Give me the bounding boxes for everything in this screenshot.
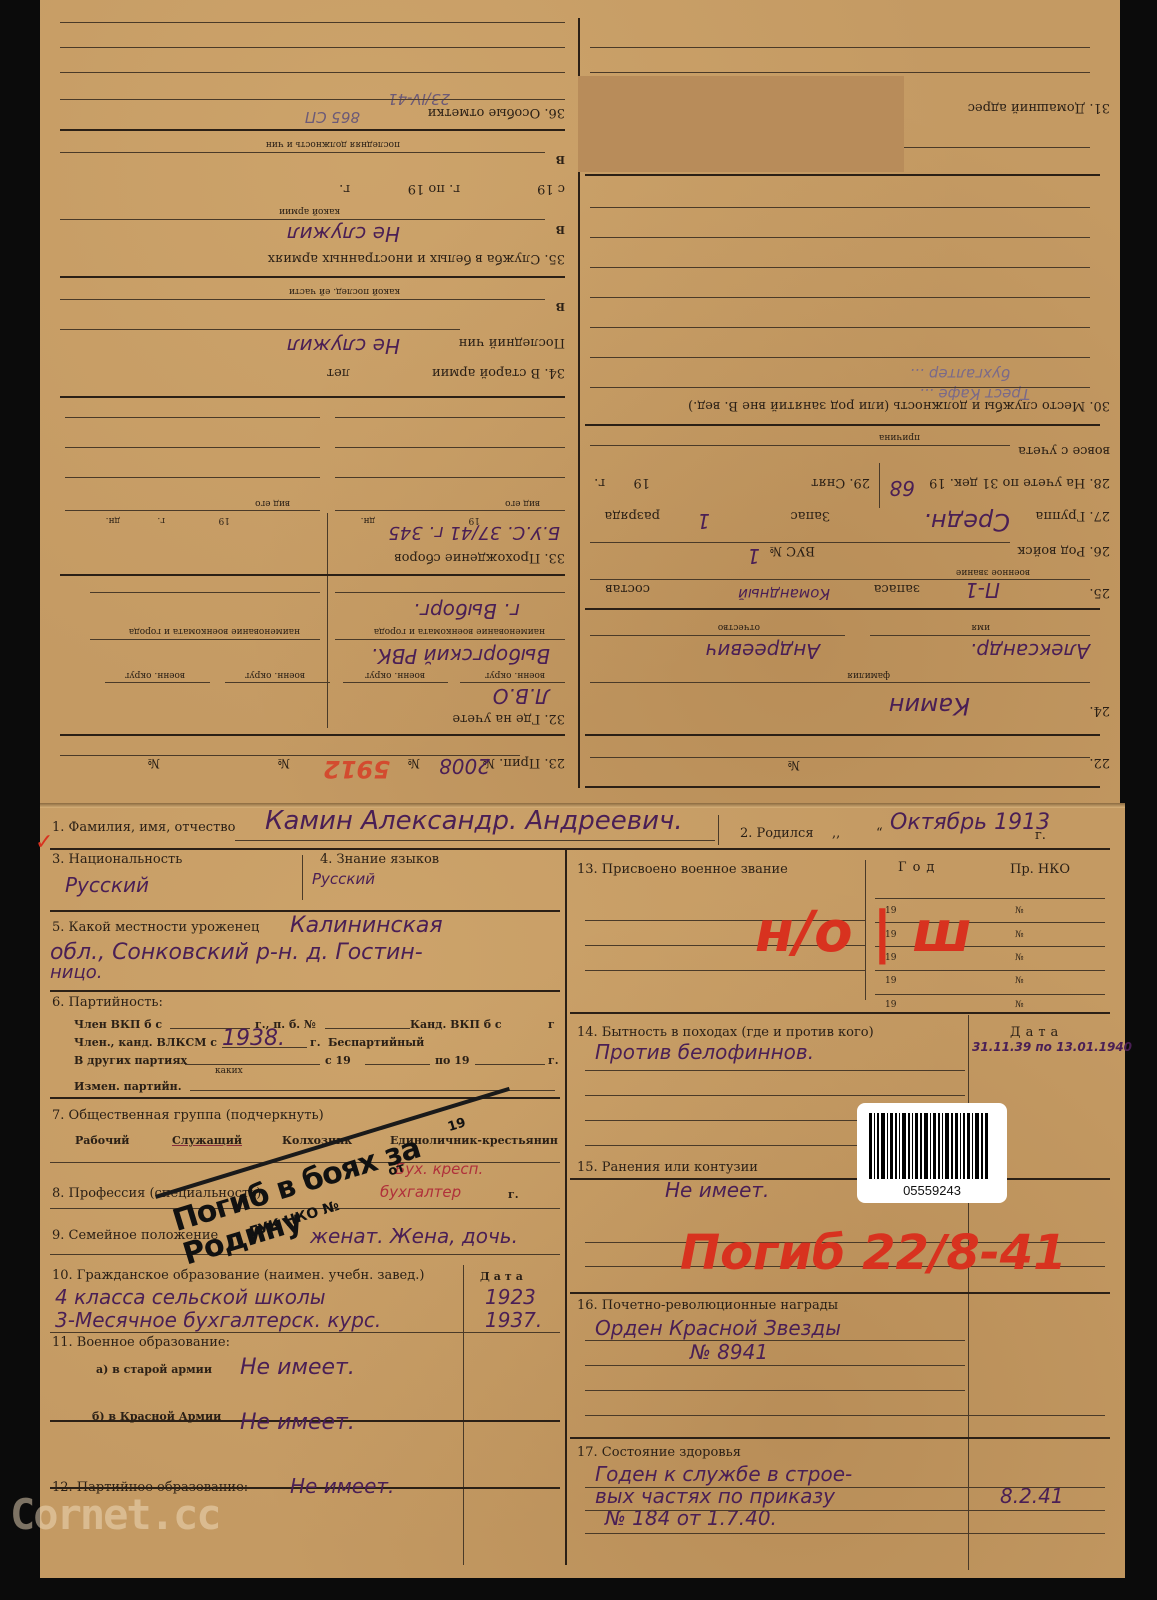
death-note-red: Погиб 22/8-41: [680, 1225, 1067, 1281]
row-line: [65, 447, 320, 448]
field-23-value: 2008: [439, 754, 490, 778]
field-32-label: 32. Где на учете: [452, 711, 565, 726]
last-rank-line: [60, 329, 460, 330]
field-35-suffix: г.: [339, 181, 350, 196]
divider: [463, 1265, 464, 1565]
which-part-caption: какой послед. ей части: [289, 286, 400, 296]
rank-caption: военное звание: [956, 567, 1030, 577]
divider: [570, 1437, 1110, 1439]
row-line: [875, 970, 1105, 971]
field-22-number-sign: №: [788, 757, 800, 772]
notes-line: [60, 22, 565, 23]
field-11-a-value: Не имеет.: [240, 1355, 355, 1380]
divider: [585, 424, 1100, 426]
line: [325, 1028, 410, 1029]
barcode-label: 05559243: [857, 1103, 1007, 1203]
divider: [585, 734, 1100, 736]
field-26-label: 26. Род войск: [1017, 543, 1110, 558]
field-25-composition: состав: [605, 581, 650, 596]
year-prefix: 19: [469, 515, 480, 525]
field-5-value-line3: ницо.: [50, 962, 102, 983]
row-line: [65, 417, 320, 418]
rank-red-annotation: н/о | ш: [755, 900, 972, 965]
field-4-value: Русский: [312, 870, 375, 888]
field-14-label: 14. Бытность в походах (где и против ког…: [577, 1025, 874, 1040]
district-line: [460, 682, 565, 683]
row-line: [585, 1095, 965, 1096]
field-29-year: 19: [633, 475, 650, 490]
removed-label: вовсе с учета: [1018, 443, 1110, 458]
field-32-city-value: г. Выборг.: [413, 599, 520, 623]
education-row-1: 4 класса сельской школы: [55, 1285, 326, 1309]
field-17-value-line1: Годен к службе в строе-: [595, 1462, 852, 1486]
field-29-suffix: г.: [594, 475, 605, 490]
field-6-year-suffix: г: [548, 1018, 555, 1031]
field-28-value: 68: [890, 476, 915, 500]
field-34-last-rank-value: Не служил: [287, 334, 400, 358]
field-31-line: [590, 47, 1090, 48]
row-line: [875, 994, 1105, 995]
field-12-value: Не имеет.: [290, 1474, 394, 1498]
district-line: [343, 682, 448, 683]
row-line: [585, 970, 865, 971]
army-line: [60, 219, 545, 220]
position-line: [60, 152, 545, 153]
field-30-line: [590, 387, 1090, 388]
field-25-reserve: запаса: [874, 581, 920, 596]
row-line: [65, 510, 320, 511]
barcode-number: 05559243: [857, 1183, 1007, 1198]
type-caption: вид его: [255, 498, 290, 508]
field-6-to-suffix: г.: [548, 1054, 559, 1067]
field-6-member-vkpb: Член ВКП б с: [74, 1018, 162, 1031]
field-34-in: В: [556, 300, 565, 313]
field-1-line: [235, 840, 715, 841]
field-2-quote-open: ,,: [832, 826, 840, 841]
in-line: [60, 299, 545, 300]
field-6-from: с 19: [325, 1054, 351, 1067]
redacted-address: [578, 76, 904, 172]
field-23-line: [60, 755, 520, 756]
rank-order-number: №: [1015, 930, 1024, 940]
field-24-patronymic: Андреевич: [706, 639, 821, 663]
field-36-value-line2: 865 СП: [305, 108, 360, 126]
field-5-value-line1: Калининская: [290, 913, 443, 938]
stamp-suffix: г.: [508, 1188, 519, 1201]
commissariat-caption: наименование военкомата и города: [374, 626, 545, 636]
district-line: [225, 682, 330, 683]
row-line: [335, 510, 565, 511]
field-1-label: 1. Фамилия, имя, отчество: [52, 820, 235, 835]
rank-order-number: №: [1015, 953, 1024, 963]
field-13-order-header: Пр. НКО: [1010, 862, 1070, 877]
type-caption: вид его: [505, 498, 540, 508]
row-line: [65, 477, 320, 478]
field-24-label: 24.: [1089, 703, 1110, 718]
field-3-value: Русский: [65, 873, 149, 897]
field-26-vus-value: 1: [747, 544, 760, 568]
city-line: [90, 592, 320, 593]
divider: [570, 1292, 1110, 1294]
field-24-surname: Камин: [889, 692, 970, 720]
district-caption: военн. округ: [245, 670, 305, 680]
field-24-surname-line: [590, 682, 1090, 683]
notes-line: [60, 99, 565, 100]
divider: [50, 990, 560, 992]
divider: [879, 463, 880, 508]
field-29-label: 29. Снят: [811, 475, 870, 490]
red-check-mark: ✓: [35, 830, 53, 855]
divider: [60, 129, 565, 131]
line: [185, 1064, 320, 1065]
field-27-group-value: Средн.: [923, 508, 1010, 536]
field-31-line: [590, 72, 1090, 73]
field-14-value: Против белофиннов.: [595, 1040, 814, 1064]
field-23-number-sign: №: [408, 755, 420, 770]
year-prefix: 19: [219, 515, 230, 525]
field-30-line: [590, 357, 1090, 358]
field-34-label: 34. В старой армии: [432, 365, 565, 380]
field-31-label: 31. Домашний адрес: [968, 100, 1110, 115]
field-25-rank-value: П-1: [965, 578, 1000, 602]
divider: [570, 1178, 1110, 1180]
field-27-reserve: Запас: [790, 508, 830, 523]
notes-line: [60, 47, 565, 48]
field-11-b-label: б) в Красной Армии: [92, 1410, 221, 1423]
field-2-suffix: г.: [1035, 828, 1046, 843]
field-25-line: [590, 579, 1090, 580]
education-row-2: 3-Месячное бухгалтерск. курс.: [55, 1308, 381, 1332]
field-13-year-header: Год: [898, 860, 940, 875]
field-6-change: Измен. партийн.: [74, 1080, 182, 1093]
district-caption: военн. округ: [125, 670, 185, 680]
field-2-quote-close: “: [876, 826, 883, 841]
field-24-patronymic-line: [590, 635, 845, 636]
field-34-years: лет: [327, 365, 350, 380]
field-35-from: с 19: [537, 181, 565, 196]
divider: [50, 1254, 560, 1255]
rank-order-number: №: [1015, 1000, 1024, 1010]
field-6-komsomol-suffix: г.: [310, 1036, 321, 1049]
field-24-name: Александр.: [970, 639, 1090, 663]
divider: [327, 513, 328, 728]
divider: [570, 1012, 1110, 1014]
field-6-to: по 19: [435, 1054, 470, 1067]
line: [222, 1047, 307, 1048]
field-14-date-value: 31.11.39 по 13.01.1940: [972, 1040, 1132, 1054]
barcode-icon: [869, 1113, 995, 1179]
field-6-other-parties: В других партиях: [74, 1054, 187, 1067]
row-line: [585, 1415, 1105, 1416]
city-line: [335, 592, 565, 593]
option-worker[interactable]: Рабочий: [75, 1134, 129, 1147]
divider: [585, 608, 1100, 610]
option-employee-selected[interactable]: Служащий: [172, 1134, 242, 1147]
divider: [585, 786, 1100, 788]
notes-line: [60, 72, 565, 73]
field-2-value: Октябрь 1913: [890, 810, 1050, 835]
line: [365, 1064, 430, 1065]
rank-year: 19: [885, 1000, 896, 1010]
field-15-label: 15. Ранения или контузии: [577, 1160, 758, 1175]
field-28-label: 28. На учете по 31 дек. 19: [929, 475, 1110, 490]
field-23-label: 23. Прип. №: [483, 755, 565, 770]
name-caption: имя: [971, 622, 990, 632]
field-6-which: каких: [215, 1066, 243, 1076]
divider: [60, 396, 565, 398]
field-10-date-header: Дата: [480, 1270, 527, 1283]
field-15-value: Не имеет.: [665, 1178, 769, 1202]
field-6-candidate: Канд. ВКП б с: [410, 1018, 502, 1031]
field-35-label: 35. Служба в белых и иностранных армиях: [268, 251, 565, 266]
row-line: [585, 1390, 965, 1391]
row-line: [585, 1070, 965, 1071]
row-line: [335, 417, 565, 418]
row-line: [585, 1340, 965, 1341]
column-divider: [565, 850, 567, 1565]
field-30-line: [590, 237, 1090, 238]
divider: [60, 574, 565, 576]
rank-year: 19: [885, 976, 896, 986]
field-32-commissariat-value: Выборгский РВК.: [371, 644, 550, 668]
row-line: [875, 898, 1105, 899]
field-26-line: [590, 542, 1010, 543]
field-7-label: 7. Общественная группа (подчеркнуть): [52, 1108, 324, 1123]
field-23-number-sign-2: №: [278, 755, 290, 770]
row-line: [585, 1533, 1105, 1534]
district-caption: военн. округ: [485, 670, 545, 680]
field-2-label: 2. Родился: [740, 826, 814, 841]
divider: [50, 1332, 560, 1333]
field-3-label: 3. Национальность: [52, 852, 182, 867]
which-army-caption: какой армии: [279, 206, 340, 216]
row-line: [335, 477, 565, 478]
field-27-category: разряда: [605, 508, 660, 523]
field-23-number-sign-3: №: [148, 755, 160, 770]
divider: [60, 276, 565, 278]
field-11-a-label: а) в старой армии: [96, 1363, 212, 1376]
education-row-2-date: 1937.: [485, 1308, 542, 1332]
field-35-value: Не служил: [287, 222, 400, 246]
field-30-line: [590, 297, 1090, 298]
field-24-name-line: [870, 635, 1090, 636]
row-line: [585, 1510, 1105, 1511]
field-11-b-value: Не имеет.: [240, 1410, 355, 1435]
field-35-to: г. по 19: [408, 181, 460, 196]
field-30-label: 30. Место службы и должность (или род за…: [688, 398, 1110, 413]
field-22-label: 22.: [1089, 755, 1110, 770]
field-30-line: [590, 267, 1090, 268]
field-1-value: Камин Александр. Андреевич.: [265, 806, 683, 836]
education-row-1-date: 1923: [485, 1285, 536, 1309]
field-23-red-value: 5912: [323, 755, 390, 783]
field-5-label: 5. Какой местности уроженец: [52, 920, 259, 935]
last-position-caption: последняя должность и чин: [266, 139, 400, 149]
days: дн.: [361, 515, 375, 525]
field-13-label: 13. Присвоено военное звание: [577, 862, 788, 877]
field-6-label: 6. Партийность:: [52, 995, 163, 1010]
divider: [60, 734, 565, 736]
row-line: [335, 447, 565, 448]
field-16-value-line1: Орден Красной Звезды: [595, 1316, 841, 1340]
days: дн.: [106, 515, 120, 525]
commissariat-line: [90, 639, 320, 640]
row-line: [585, 1487, 1105, 1488]
field-30-line: [590, 327, 1090, 328]
field-16-value-line2: № 8941: [690, 1340, 768, 1364]
field-14-date-header: Дата: [1010, 1025, 1063, 1040]
field-6-non-party: Беспартийный: [328, 1036, 424, 1049]
year-suffix: г.: [157, 515, 165, 525]
patronymic-caption: отчество: [718, 622, 760, 632]
field-22-line: [590, 757, 1090, 758]
divider: [718, 815, 719, 845]
field-27-label: 27. Группа: [1036, 508, 1110, 523]
field-30-value-line2: бухгалтер ...: [910, 365, 1010, 383]
cornet-watermark: Cornet.cc: [10, 1490, 220, 1539]
district-caption: военн. округ: [365, 670, 425, 680]
commissariat-line: [335, 639, 565, 640]
rank-order-number: №: [1015, 976, 1024, 986]
field-27-category-value: 1: [697, 509, 710, 533]
removed-line: [590, 445, 1010, 446]
commissariat-caption: наименование военкомата и города: [129, 626, 300, 636]
field-11-label: 11. Военное образование:: [52, 1335, 230, 1350]
divider: [50, 848, 1110, 850]
field-10-label: 10. Гражданское образование (наимен. уче…: [52, 1268, 424, 1283]
line: [475, 1064, 545, 1065]
district-line: [105, 682, 210, 683]
field-16-label: 16. Почетно-революционные награды: [577, 1298, 838, 1313]
field-33-label: 33. Прохождение сборов: [394, 550, 565, 565]
divider: [585, 174, 1100, 176]
surname-caption: фамилия: [847, 670, 890, 680]
field-34-last-rank: Последний чин: [459, 335, 565, 350]
field-25-label: 25.: [1089, 585, 1110, 600]
divider: [302, 855, 303, 900]
field-35-in-2: В: [556, 153, 565, 166]
field-6-komsomol: Член., канд. ВЛКСМ с: [74, 1036, 217, 1049]
field-26-vus: ВУС №: [770, 543, 815, 558]
row-line: [585, 1365, 965, 1366]
field-35-in: В: [556, 223, 565, 236]
field-32-district-value: Л.В.О: [493, 684, 550, 708]
rank-order-number: №: [1015, 906, 1024, 916]
field-5-value-line2: обл., Сонковский р-н. д. Гостин-: [50, 940, 423, 965]
field-25-composition-value: Командный: [738, 585, 830, 603]
field-17-label: 17. Состояние здоровья: [577, 1445, 741, 1460]
divider: [50, 910, 560, 912]
field-4-label: 4. Знание языков: [320, 852, 439, 867]
field-33-value: Б.У.С. 37/41 г. 345: [388, 522, 560, 543]
reason-caption: причина: [879, 432, 920, 442]
field-30-line: [590, 207, 1090, 208]
